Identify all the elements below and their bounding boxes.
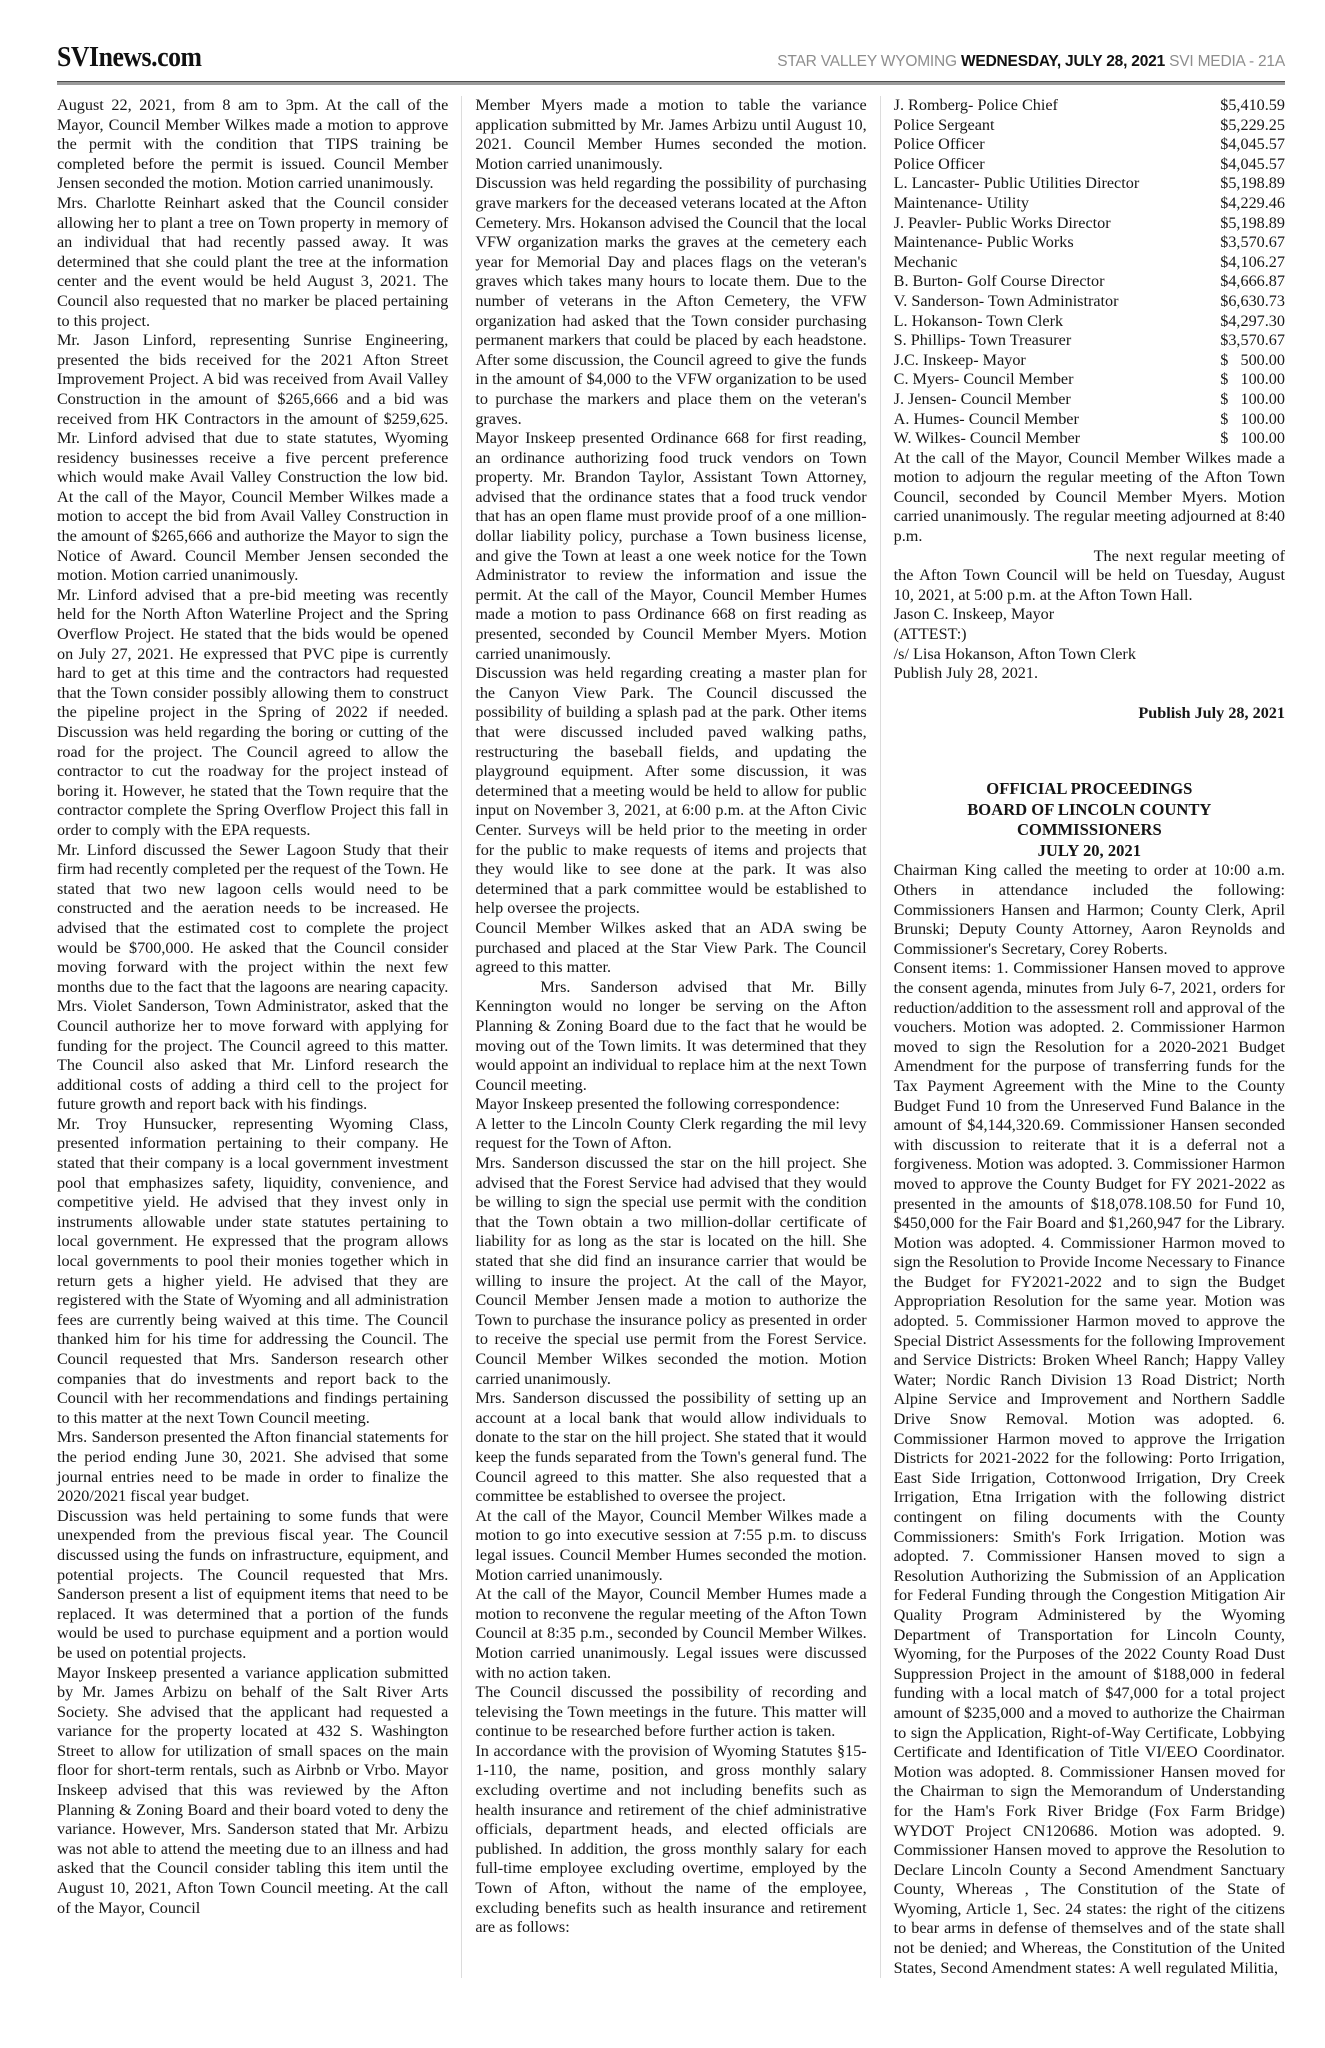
paragraph: Mayor Inskeep presented a variance appli… xyxy=(57,1664,448,1919)
paragraph: Discussion was held regarding the possib… xyxy=(475,174,866,429)
paragraph: In accordance with the provision of Wyom… xyxy=(475,1742,866,1938)
paragraph: Mrs. Charlotte Reinhart asked that the C… xyxy=(57,194,448,331)
salary-row: J. Jensen- Council Member $ 100.00 xyxy=(894,390,1285,410)
salary-position: Police Officer xyxy=(894,155,985,175)
header-edition: SVI MEDIA - 21A xyxy=(1169,53,1285,70)
signature-line: Jason C. Inskeep, Mayor xyxy=(894,605,1285,625)
paragraph: Mrs. Sanderson presented the Afton finan… xyxy=(57,1428,448,1506)
publish-date-line: Publish July 28, 2021 xyxy=(894,704,1285,724)
signature-line: Publish July 28, 2021. xyxy=(894,664,1285,684)
salary-amount: $3,570.67 xyxy=(1220,233,1285,253)
salary-row: J. Romberg- Police Chief $5,410.59 xyxy=(894,96,1285,116)
paragraph: Consent items: 1. Commissioner Hansen mo… xyxy=(894,959,1285,1978)
newspaper-page: SVInews.com STAR VALLEY WYOMING WEDNESDA… xyxy=(0,0,1325,2048)
salary-position: W. Wilkes- Council Member xyxy=(894,429,1080,449)
paragraph: A letter to the Lincoln County Clerk reg… xyxy=(475,1115,866,1154)
header-location: STAR VALLEY WYOMING xyxy=(777,53,957,70)
header-meta: STAR VALLEY WYOMING WEDNESDAY, JULY 28, … xyxy=(777,53,1285,71)
paragraph: Chairman King called the meeting to orde… xyxy=(894,861,1285,959)
salary-amount: $5,410.59 xyxy=(1220,96,1285,116)
salary-amount: $6,630.73 xyxy=(1220,292,1285,312)
salary-position: V. Sanderson- Town Administrator xyxy=(894,292,1119,312)
salary-position: A. Humes- Council Member xyxy=(894,410,1079,430)
paragraph: Discussion was held pertaining to some f… xyxy=(57,1507,448,1664)
salary-amount: $5,198.89 xyxy=(1220,214,1285,234)
salary-row: B. Burton- Golf Course Director $4,666.8… xyxy=(894,272,1285,292)
masthead: SVInews.com xyxy=(57,42,201,74)
salary-amount: $4,229.46 xyxy=(1220,194,1285,214)
paragraph: Mr. Troy Hunsucker, representing Wyoming… xyxy=(57,1115,448,1429)
paragraph: Discussion was held regarding creating a… xyxy=(475,664,866,919)
paragraph: At the call of the Mayor, Council Member… xyxy=(475,1507,866,1585)
column-3: J. Romberg- Police Chief $5,410.59 Polic… xyxy=(880,96,1285,1978)
salary-position: J. Jensen- Council Member xyxy=(894,390,1071,410)
salary-row: Maintenance- Public Works $3,570.67 xyxy=(894,233,1285,253)
salary-amount: $ 100.00 xyxy=(1220,390,1285,410)
salary-position: Maintenance- Public Works xyxy=(894,233,1074,253)
page-header: SVInews.com STAR VALLEY WYOMING WEDNESDA… xyxy=(57,42,1285,74)
paragraph: The Council discussed the possibility of… xyxy=(475,1683,866,1742)
salary-position: S. Phillips- Town Treasurer xyxy=(894,331,1072,351)
salary-amount: $4,106.27 xyxy=(1220,253,1285,273)
salary-row: W. Wilkes- Council Member $ 100.00 xyxy=(894,429,1285,449)
salary-row: J. Peavler- Public Works Director $5,198… xyxy=(894,214,1285,234)
salary-row: V. Sanderson- Town Administrator $6,630.… xyxy=(894,292,1285,312)
salary-table: J. Romberg- Police Chief $5,410.59 Polic… xyxy=(894,96,1285,449)
section-heading: OFFICIAL PROCEEDINGS BOARD OF LINCOLN CO… xyxy=(894,779,1285,861)
paragraph: Mr. Linford discussed the Sewer Lagoon S… xyxy=(57,841,448,1115)
paragraph: August 22, 2021, from 8 am to 3pm. At th… xyxy=(57,96,448,194)
salary-position: J.C. Inskeep- Mayor xyxy=(894,351,1026,371)
paragraph: Council Member Wilkes asked that an ADA … xyxy=(475,919,866,978)
salary-row: A. Humes- Council Member $ 100.00 xyxy=(894,410,1285,430)
salary-amount: $5,229.25 xyxy=(1220,116,1285,136)
salary-position: B. Burton- Golf Course Director xyxy=(894,272,1105,292)
salary-row: Police Sergeant $5,229.25 xyxy=(894,116,1285,136)
salary-row: C. Myers- Council Member $ 100.00 xyxy=(894,370,1285,390)
salary-amount: $4,666.87 xyxy=(1220,272,1285,292)
salary-row: S. Phillips- Town Treasurer $3,570.67 xyxy=(894,331,1285,351)
paragraph: Mrs. Sanderson advised that Mr. Billy Ke… xyxy=(475,978,866,1096)
salary-position: Mechanic xyxy=(894,253,958,273)
paragraph: Mr. Linford advised that a pre-bid meeti… xyxy=(57,586,448,841)
salary-position: J. Peavler- Public Works Director xyxy=(894,214,1111,234)
section-heading-line1: OFFICIAL PROCEEDINGS xyxy=(894,779,1285,800)
salary-row: L. Lancaster- Public Utilities Director … xyxy=(894,174,1285,194)
salary-row: J.C. Inskeep- Mayor $ 500.00 xyxy=(894,351,1285,371)
salary-position: L. Hokanson- Town Clerk xyxy=(894,312,1063,332)
section-heading-line2: BOARD OF LINCOLN COUNTY COMMISSIONERS xyxy=(894,800,1285,841)
salary-amount: $3,570.67 xyxy=(1220,331,1285,351)
signature-line: /s/ Lisa Hokanson, Afton Town Clerk xyxy=(894,645,1285,665)
paragraph: Mrs. Sanderson discussed the star on the… xyxy=(475,1154,866,1389)
salary-position: Police Sergeant xyxy=(894,116,995,136)
header-rule xyxy=(57,81,1285,85)
salary-position: J. Romberg- Police Chief xyxy=(894,96,1058,116)
salary-amount: $ 500.00 xyxy=(1220,351,1285,371)
header-date: WEDNESDAY, JULY 28, 2021 xyxy=(961,53,1165,70)
paragraph: Member Myers made a motion to table the … xyxy=(475,96,866,174)
salary-row: L. Hokanson- Town Clerk $4,297.30 xyxy=(894,312,1285,332)
salary-amount: $ 100.00 xyxy=(1220,429,1285,449)
signature-line: (ATTEST:) xyxy=(894,625,1285,645)
article-columns: August 22, 2021, from 8 am to 3pm. At th… xyxy=(57,96,1285,1978)
salary-row: Police Officer $4,045.57 xyxy=(894,135,1285,155)
column-1: August 22, 2021, from 8 am to 3pm. At th… xyxy=(57,96,448,1978)
salary-row: Police Officer $4,045.57 xyxy=(894,155,1285,175)
salary-position: Maintenance- Utility xyxy=(894,194,1029,214)
salary-position: C. Myers- Council Member xyxy=(894,370,1074,390)
salary-amount: $4,045.57 xyxy=(1220,155,1285,175)
section-heading-line3: JULY 20, 2021 xyxy=(894,841,1285,862)
paragraph: Mayor Inskeep presented Ordinance 668 fo… xyxy=(475,429,866,664)
salary-amount: $ 100.00 xyxy=(1220,370,1285,390)
salary-amount: $4,045.57 xyxy=(1220,135,1285,155)
salary-amount: $5,198.89 xyxy=(1220,174,1285,194)
salary-position: Police Officer xyxy=(894,135,985,155)
salary-amount: $ 100.00 xyxy=(1220,410,1285,430)
salary-position: L. Lancaster- Public Utilities Director xyxy=(894,174,1140,194)
paragraph: At the call of the Mayor, Council Member… xyxy=(475,1585,866,1683)
column-2: Member Myers made a motion to table the … xyxy=(461,96,866,1978)
paragraph: Mr. Jason Linford, representing Sunrise … xyxy=(57,331,448,586)
salary-row: Mechanic $4,106.27 xyxy=(894,253,1285,273)
paragraph: At the call of the Mayor, Council Member… xyxy=(894,449,1285,547)
paragraph: The next regular meeting of the Afton To… xyxy=(894,547,1285,606)
salary-row: Maintenance- Utility $4,229.46 xyxy=(894,194,1285,214)
paragraph: Mayor Inskeep presented the following co… xyxy=(475,1095,866,1115)
paragraph: Mrs. Sanderson discussed the possibility… xyxy=(475,1389,866,1507)
salary-amount: $4,297.30 xyxy=(1220,312,1285,332)
